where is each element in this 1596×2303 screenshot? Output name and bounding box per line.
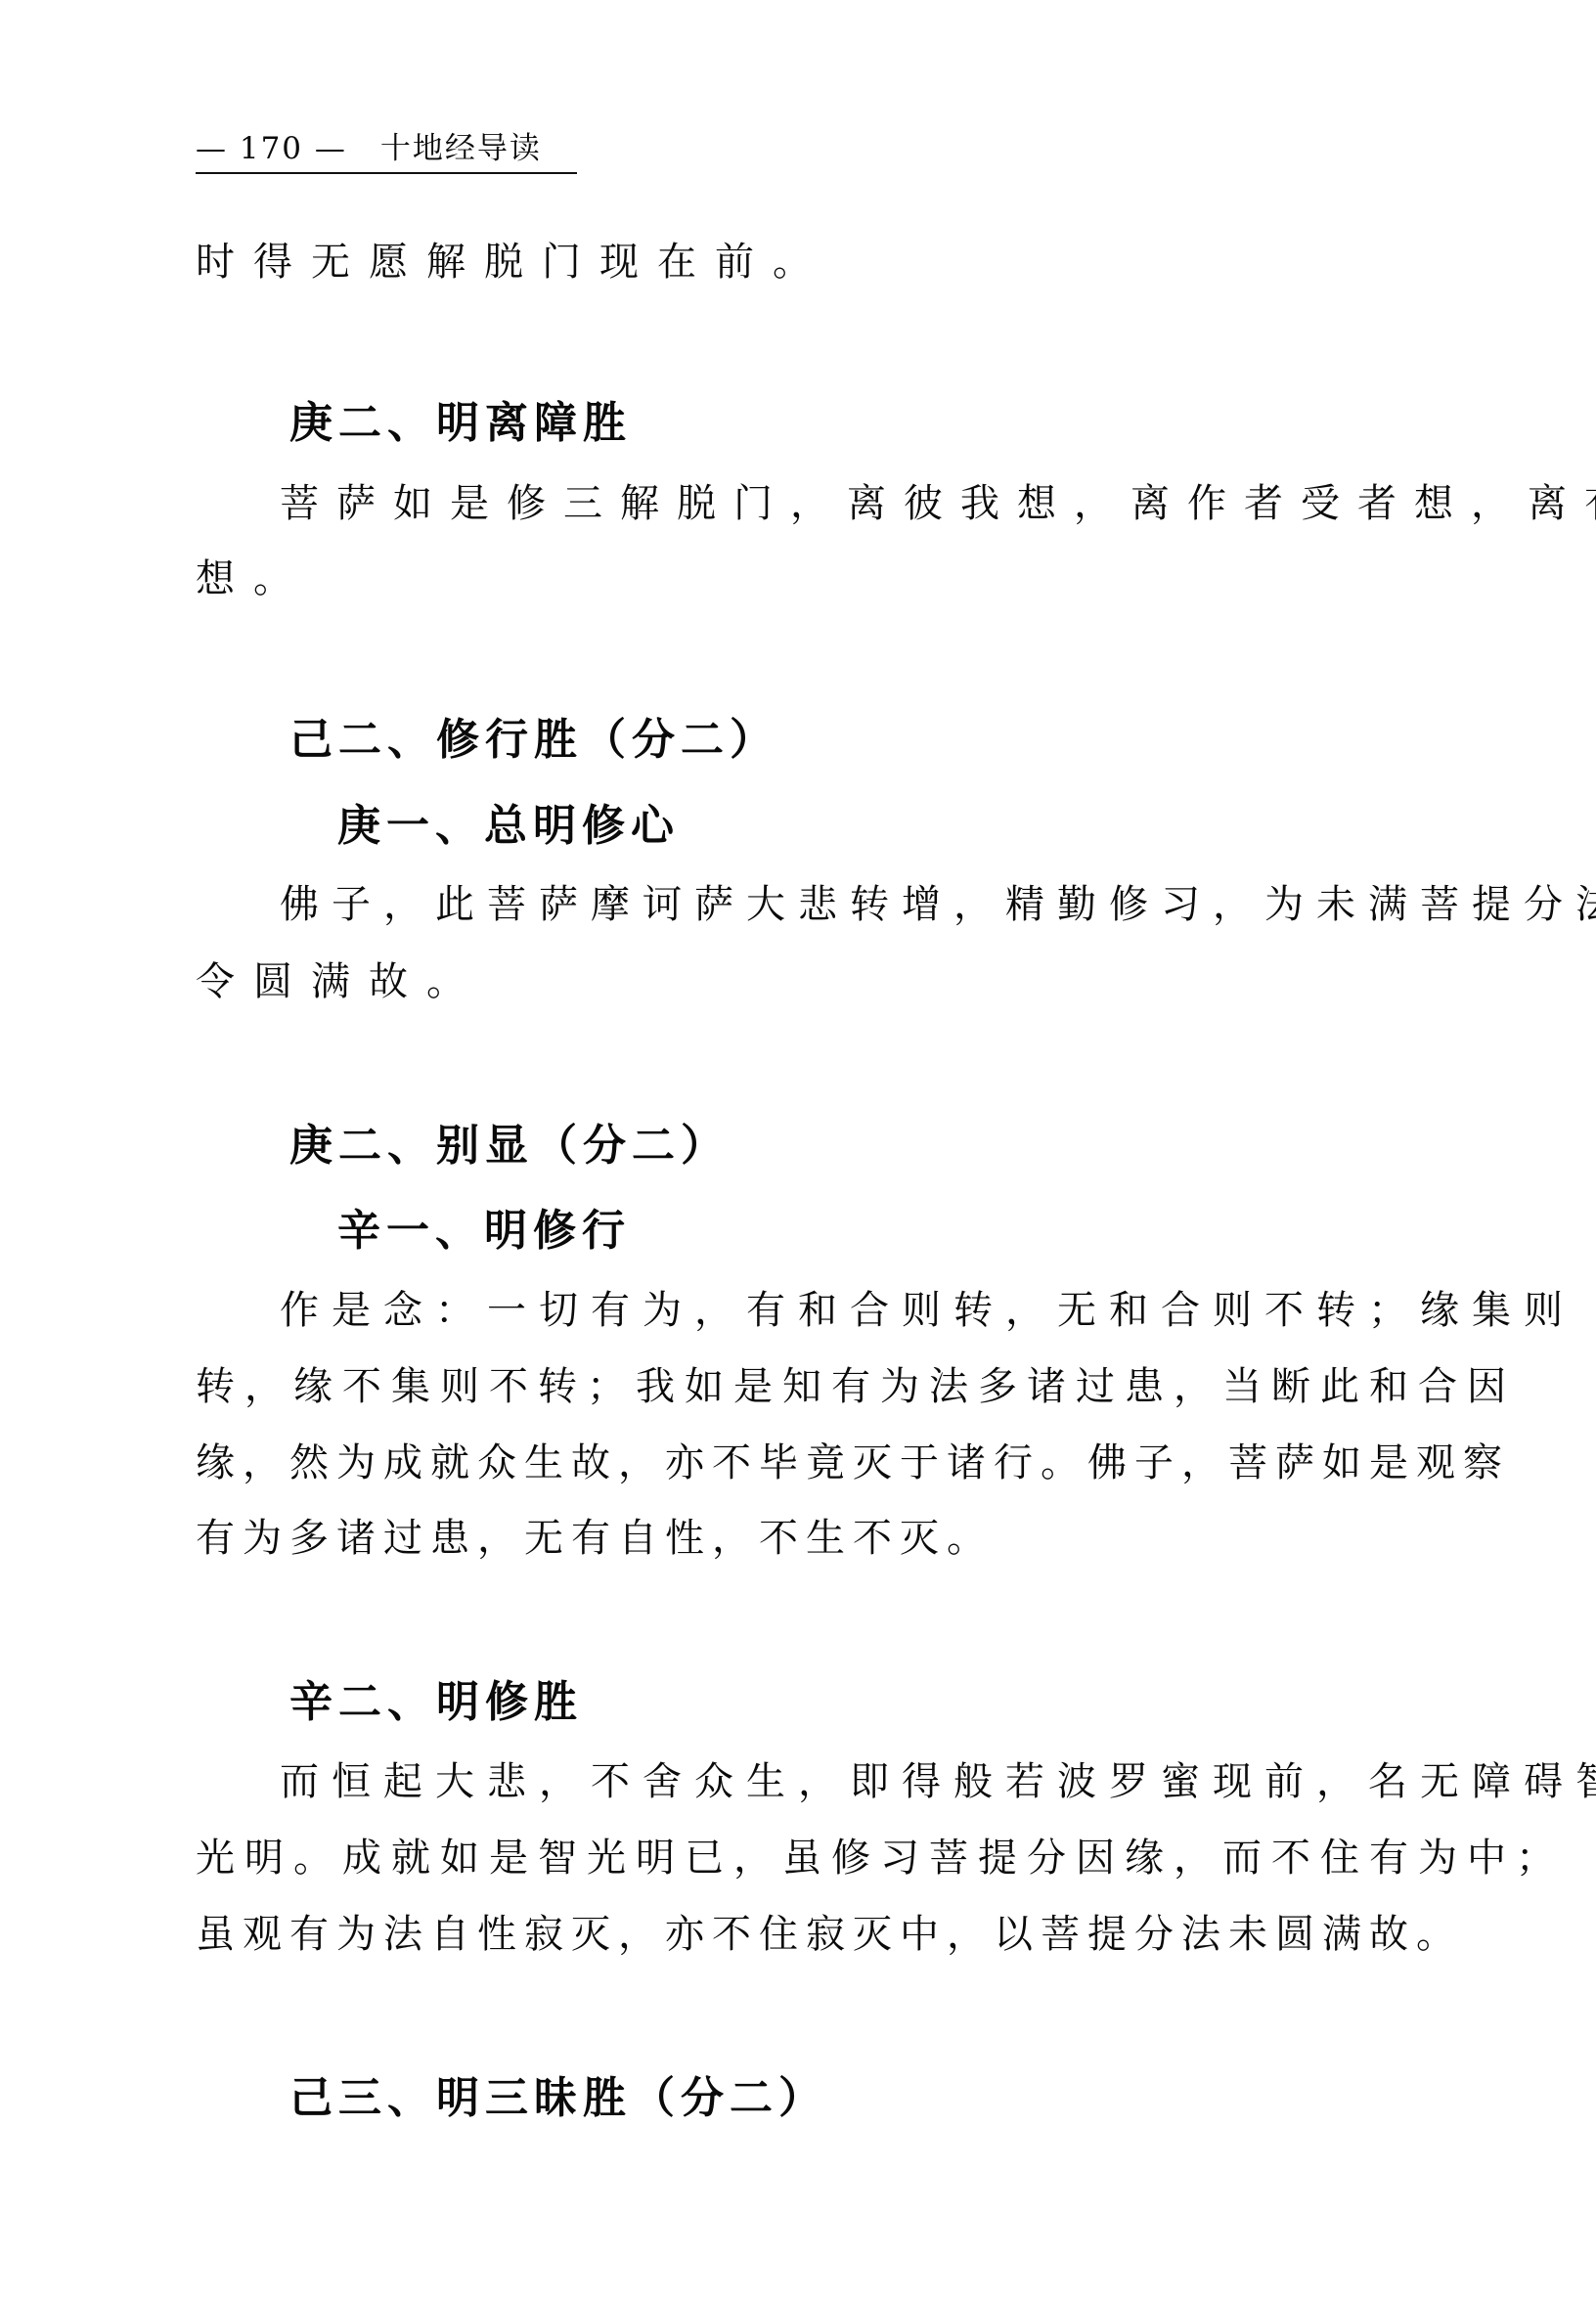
section-heading: 己三、明三昧胜（分二） <box>289 2071 827 2126</box>
book-title: 十地经导读 <box>380 131 542 166</box>
paragraph-line: 菩萨如是修三解脱门，离彼我想，离作者受者想，离有无 <box>280 478 1596 529</box>
paragraph-line: 光明。成就如是智光明已，虽修习菩提分因缘，而不住有为中； <box>196 1833 1565 1883</box>
subsection-heading: 辛一、明修行 <box>337 1204 631 1259</box>
paragraph-line: 令圆满故。 <box>196 956 484 1007</box>
subsection-heading: 辛二、明修胜 <box>289 1675 583 1730</box>
paragraph-line: 想。 <box>196 554 311 604</box>
paragraph-line: 缘，然为成就众生故，亦不毕竟灭于诸行。佛子，菩萨如是观察 <box>196 1438 1510 1488</box>
paragraph-line: 转，缘不集则不转；我如是知有为法多诸过患，当断此和合因 <box>196 1361 1516 1412</box>
running-head: — 170 —十地经导读 <box>196 129 577 174</box>
subsection-heading: 庚一、总明修心 <box>337 799 680 854</box>
section-heading: 己二、修行胜（分二） <box>289 713 778 768</box>
paragraph-line: 佛子，此菩萨摩诃萨大悲转增，精勤修习，为未满菩提分法 <box>280 879 1596 930</box>
paragraph-line: 有为多诸过患，无有自性，不生不灭。 <box>196 1513 994 1564</box>
section-heading: 庚二、明离障胜 <box>289 396 632 451</box>
paragraph-line: 时得无愿解脱门现在前。 <box>196 237 830 288</box>
section-heading: 庚二、别显（分二） <box>289 1119 730 1174</box>
paragraph-line: 作是念：一切有为，有和合则转，无和合则不转；缘集则 <box>280 1285 1575 1336</box>
page-number: — 170 — <box>196 131 347 166</box>
paragraph-line: 而恒起大悲，不舍众生，即得般若波罗蜜现前，名无障碍智 <box>280 1756 1596 1807</box>
paragraph-line: 虽观有为法自性寂灭，亦不住寂灭中，以菩提分法未圆满故。 <box>196 1909 1463 1960</box>
